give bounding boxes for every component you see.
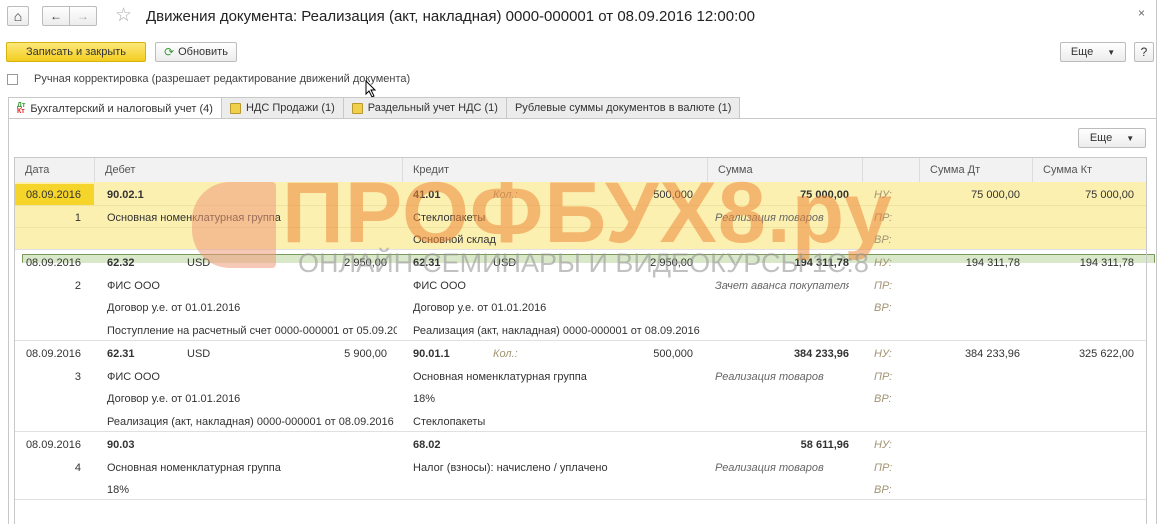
refresh-icon: ⟳: [164, 45, 174, 59]
date-cell[interactable]: 08.09.2016: [15, 184, 94, 206]
debit-account[interactable]: 62.32: [107, 252, 177, 274]
debit-amount[interactable]: [265, 184, 387, 206]
tab-panel-border: [8, 118, 1157, 119]
row-number[interactable]: 3: [15, 366, 81, 388]
credit-qty-label[interactable]: [493, 252, 553, 274]
sum-kt-cell[interactable]: 75 000,00: [1032, 184, 1134, 206]
tab-vat-sales[interactable]: НДС Продажи (1): [221, 97, 344, 118]
credit-account[interactable]: 41.01: [413, 184, 483, 206]
row-line-separator: [15, 205, 1146, 206]
tab-label: НДС Продажи (1): [246, 102, 335, 114]
arrow-right-icon: →: [77, 9, 89, 23]
sum-kt-cell[interactable]: 194 311,78: [1032, 252, 1134, 274]
tax-label-nu[interactable]: НУ:: [874, 434, 914, 456]
sum-cell[interactable]: 194 311,78: [715, 252, 849, 274]
row-number[interactable]: 2: [15, 275, 81, 297]
row-number[interactable]: 4: [15, 457, 81, 479]
home-button[interactable]: ⌂: [7, 6, 29, 26]
mouse-cursor-icon: [365, 80, 377, 98]
tax-label-nu[interactable]: НУ:: [874, 252, 914, 274]
dt-kt-icon: ДтКт: [17, 103, 25, 115]
tax-label-pr[interactable]: ПР:: [874, 207, 914, 229]
sum-dt-cell[interactable]: 194 311,78: [919, 252, 1020, 274]
register-tabs: ДтКт Бухгалтерский и налоговый учет (4) …: [8, 97, 739, 119]
debit-currency[interactable]: [187, 184, 247, 206]
sum-kt-cell[interactable]: 325 622,00: [1032, 343, 1134, 365]
credit-subconto[interactable]: Реализация (акт, накладная) 0000-000001 …: [413, 320, 703, 342]
chevron-down-icon: ▼: [1107, 48, 1115, 57]
date-cell[interactable]: 08.09.2016: [15, 343, 94, 365]
help-button[interactable]: ?: [1134, 42, 1154, 62]
date-cell[interactable]: 08.09.2016: [15, 252, 94, 274]
tax-label-vr[interactable]: ВР:: [874, 297, 914, 319]
debit-subconto[interactable]: Реализация (акт, накладная) 0000-000001 …: [107, 411, 397, 433]
tab-label: Раздельный учет НДС (1): [368, 102, 498, 114]
debit-subconto[interactable]: Поступление на расчетный счет 0000-00000…: [107, 320, 397, 342]
debit-subconto[interactable]: [107, 229, 397, 251]
column-credit[interactable]: Кредит: [402, 158, 707, 182]
credit-qty-label[interactable]: Кол.:: [493, 343, 553, 365]
credit-amount[interactable]: [575, 434, 693, 456]
tax-label-pr[interactable]: ПР:: [874, 366, 914, 388]
sum-dt-cell[interactable]: 384 233,96: [919, 343, 1020, 365]
debit-subconto[interactable]: 18%: [107, 479, 397, 501]
back-button[interactable]: ←: [42, 6, 70, 26]
column-tax-type[interactable]: [862, 158, 919, 182]
more-menu-button[interactable]: Еще ▼: [1060, 42, 1126, 62]
tab-separate-vat[interactable]: Раздельный учет НДС (1): [343, 97, 507, 118]
content-cell[interactable]: Зачет аванса покупателя: [715, 275, 849, 297]
content-cell[interactable]: Реализация товаров: [715, 457, 849, 479]
tab-label: Рублевые суммы документов в валюте (1): [515, 102, 731, 114]
table-row[interactable]: 08.09.201690.02.141.01Кол.:500,00075 000…: [15, 182, 1146, 250]
debit-account[interactable]: 62.31: [107, 343, 177, 365]
sum-dt-cell[interactable]: 75 000,00: [919, 184, 1020, 206]
debit-subconto[interactable]: Договор у.е. от 01.01.2016: [107, 297, 397, 319]
tax-label-vr[interactable]: ВР:: [874, 479, 914, 501]
debit-subconto[interactable]: Основная номенклатурная группа: [107, 207, 397, 229]
tax-label-vr[interactable]: ВР:: [874, 388, 914, 410]
debit-currency[interactable]: USD: [187, 343, 247, 365]
date-cell[interactable]: 08.09.2016: [15, 434, 94, 456]
debit-account[interactable]: 90.02.1: [107, 184, 177, 206]
content-cell[interactable]: Реализация товаров: [715, 366, 849, 388]
credit-qty-label[interactable]: [493, 434, 553, 456]
credit-amount[interactable]: 2 950,00: [575, 252, 693, 274]
credit-subconto[interactable]: Стеклопакеты: [413, 411, 703, 433]
window-title: Движения документа: Реализация (акт, нак…: [146, 8, 755, 25]
column-debit[interactable]: Дебет: [94, 158, 402, 182]
tab-ruble-sums[interactable]: Рублевые суммы документов в валюте (1): [506, 97, 740, 118]
sum-dt-cell[interactable]: [919, 434, 1020, 456]
tax-label-pr[interactable]: ПР:: [874, 275, 914, 297]
table-row[interactable]: 08.09.201662.32USD2 950,0062.31USD2 950,…: [15, 250, 1146, 341]
debit-amount[interactable]: 2 950,00: [265, 252, 387, 274]
tab-accounting[interactable]: ДтКт Бухгалтерский и налоговый учет (4): [8, 97, 222, 119]
row-number[interactable]: 1: [15, 207, 81, 229]
credit-amount[interactable]: 500,000: [575, 343, 693, 365]
tax-label-nu[interactable]: НУ:: [874, 343, 914, 365]
sum-kt-cell[interactable]: [1032, 434, 1134, 456]
arrow-left-icon: ←: [50, 9, 62, 23]
tax-label-vr[interactable]: ВР:: [874, 229, 914, 251]
credit-subconto[interactable]: Стеклопакеты: [413, 207, 703, 229]
help-label: ?: [1141, 45, 1148, 59]
window-border-right: [1156, 0, 1157, 524]
credit-subconto[interactable]: Основной склад: [413, 229, 703, 251]
credit-account[interactable]: 68.02: [413, 434, 483, 456]
debit-subconto[interactable]: ФИС ООО: [107, 366, 397, 388]
home-icon: ⌂: [14, 8, 22, 24]
chevron-down-icon: ▼: [1126, 134, 1134, 143]
debit-subconto[interactable]: Основная номенклатурная группа: [107, 457, 397, 479]
sum-cell[interactable]: 58 611,96: [715, 434, 849, 456]
register-icon: [352, 103, 363, 114]
more-label: Еще: [1090, 132, 1112, 144]
table-more-menu-button[interactable]: Еще ▼: [1078, 128, 1146, 148]
tax-label-pr[interactable]: ПР:: [874, 457, 914, 479]
save-and-close-label: Записать и закрыть: [26, 46, 126, 58]
tab-label: Бухгалтерский и налоговый учет (4): [30, 103, 213, 115]
credit-account[interactable]: 62.31: [413, 252, 483, 274]
sum-cell[interactable]: 75 000,00: [715, 184, 849, 206]
save-and-close-button[interactable]: Записать и закрыть: [6, 42, 146, 62]
close-icon[interactable]: ×: [1138, 6, 1145, 20]
column-sum[interactable]: Сумма: [707, 158, 862, 182]
more-label: Еще: [1071, 46, 1093, 58]
panel-border-left: [8, 118, 9, 524]
content-cell[interactable]: Реализация товаров: [715, 207, 849, 229]
debit-subconto[interactable]: Договор у.е. от 01.01.2016: [107, 388, 397, 410]
debit-currency[interactable]: [187, 434, 247, 456]
column-sum-dt[interactable]: Сумма Дт: [919, 158, 1032, 182]
movements-table[interactable]: Дата Дебет Кредит Сумма Сумма Дт Сумма К…: [14, 157, 1147, 524]
table-row[interactable]: 08.09.201662.31USD5 900,0090.01.1Кол.:50…: [15, 341, 1146, 432]
credit-subconto[interactable]: Договор у.е. от 01.01.2016: [413, 297, 703, 319]
credit-subconto[interactable]: Налог (взносы): начислено / уплачено: [413, 457, 703, 479]
credit-amount[interactable]: 500,000: [575, 184, 693, 206]
manual-correction-checkbox[interactable]: [7, 74, 18, 85]
forward-button[interactable]: →: [69, 6, 97, 26]
debit-amount[interactable]: 5 900,00: [265, 343, 387, 365]
table-row[interactable]: 08.09.201690.0368.0258 611,96НУ:4ПР:Реал…: [15, 432, 1146, 500]
column-sum-kt[interactable]: Сумма Кт: [1032, 158, 1148, 182]
debit-account[interactable]: 90.03: [107, 434, 177, 456]
manual-correction-label: Ручная корректировка (разрешает редактир…: [34, 73, 410, 85]
debit-amount[interactable]: [265, 434, 387, 456]
credit-qty-label[interactable]: Кол.:: [493, 184, 553, 206]
debit-currency[interactable]: USD: [187, 252, 247, 274]
refresh-button[interactable]: ⟳ Обновить: [155, 42, 237, 62]
credit-subconto[interactable]: 18%: [413, 388, 703, 410]
refresh-label: Обновить: [178, 46, 228, 58]
credit-subconto[interactable]: Основная номенклатурная группа: [413, 366, 703, 388]
debit-subconto[interactable]: ФИС ООО: [107, 275, 397, 297]
column-date[interactable]: Дата: [15, 158, 94, 182]
row-line-separator: [15, 227, 1146, 228]
credit-subconto[interactable]: ФИС ООО: [413, 275, 703, 297]
tax-label-nu[interactable]: НУ:: [874, 184, 914, 206]
register-icon: [230, 103, 241, 114]
favorite-star-icon[interactable]: ☆: [115, 4, 132, 27]
sum-cell[interactable]: 384 233,96: [715, 343, 849, 365]
credit-account[interactable]: 90.01.1: [413, 343, 483, 365]
table-header: Дата Дебет Кредит Сумма Сумма Дт Сумма К…: [15, 158, 1146, 183]
